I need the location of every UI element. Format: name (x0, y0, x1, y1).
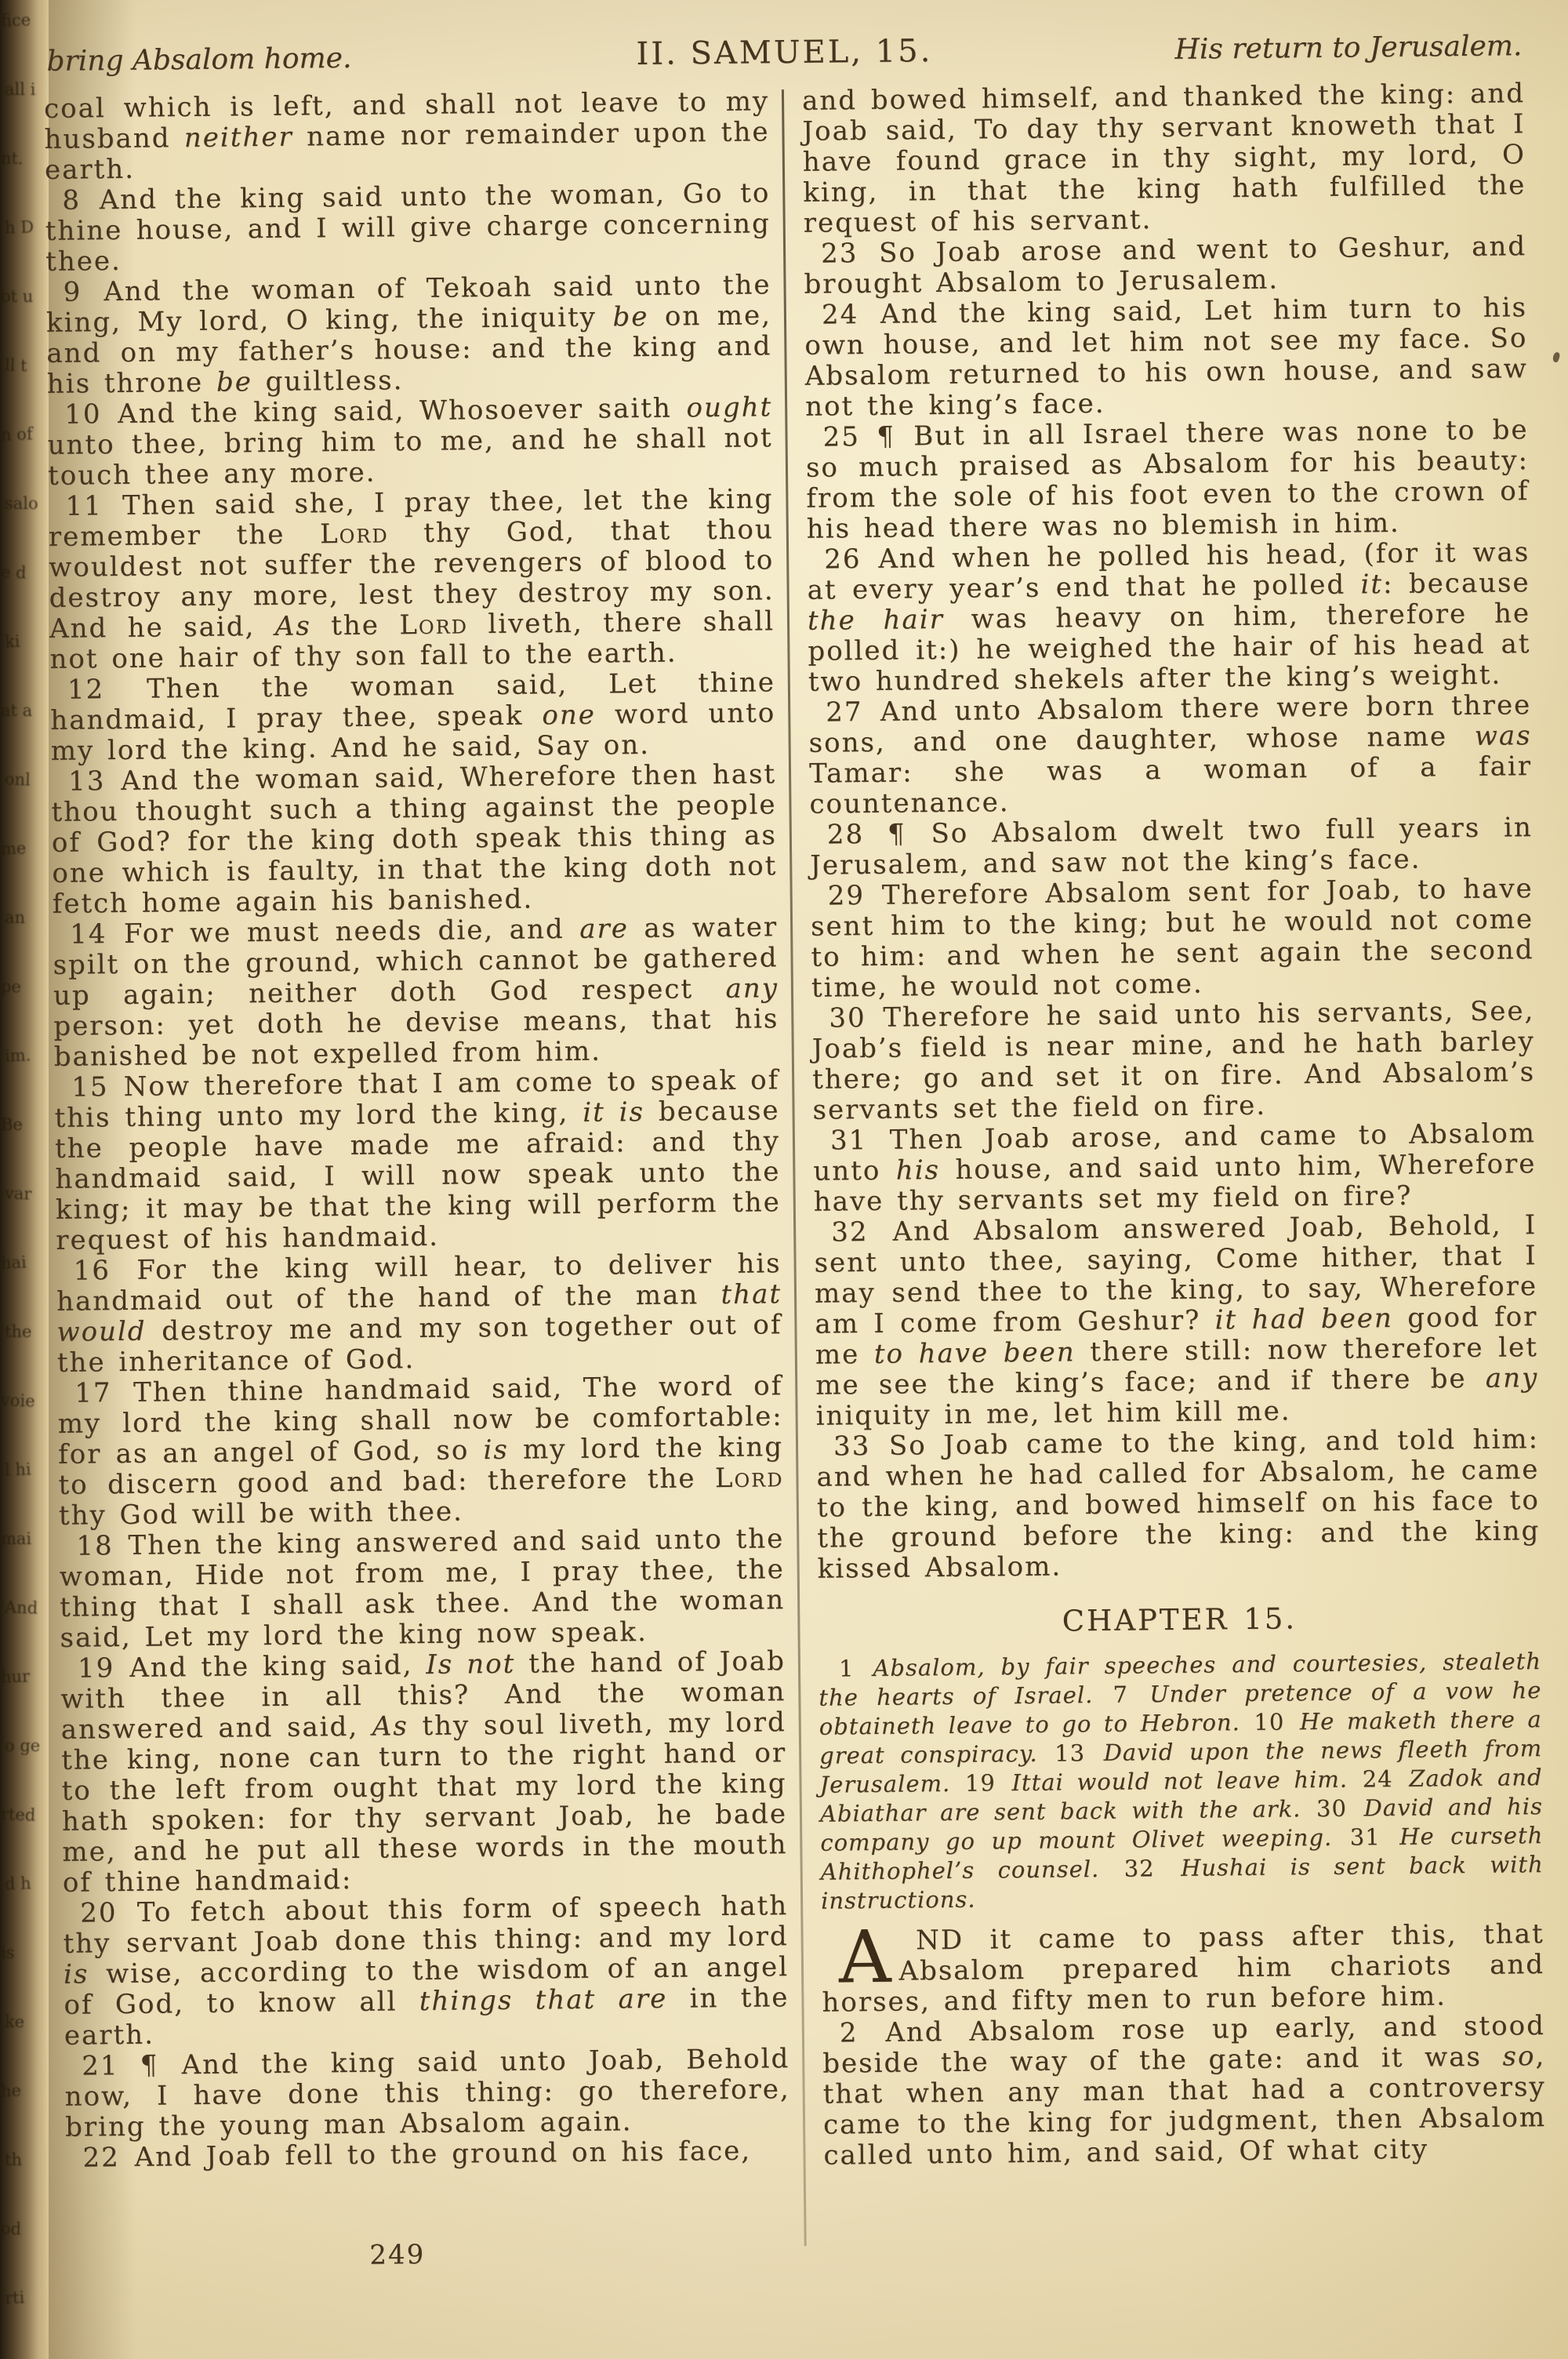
verse-number: 13 (68, 765, 122, 798)
verse-text: it had been (1214, 1303, 1393, 1336)
verse-number: 33 (833, 1430, 889, 1463)
text-columns: coal which is left, and shall not leave … (38, 78, 1552, 2259)
verse-number: 26 (824, 543, 879, 576)
verse-paragraph: 23 So Joab arose and went to Geshur, and… (804, 231, 1527, 300)
verse-number: 30 (829, 1002, 883, 1034)
verse-text: neither (184, 122, 293, 154)
small-caps-word: Lord (715, 1462, 784, 1494)
verse-text: it (1360, 569, 1383, 600)
verse-text: was (1475, 720, 1532, 752)
verse-paragraph: 12 Then the woman said, Let thine handma… (50, 667, 776, 767)
summary-verse-number: 10 (1252, 1708, 1300, 1736)
verse-paragraph: 2 And Absalom rose up early, and stood b… (822, 2011, 1547, 2172)
edge-text-fragment: voie (1, 1390, 35, 1411)
edge-text-fragment: Be (1, 1115, 23, 1134)
verse-text: But in all Israel there was none to be s… (806, 414, 1530, 545)
verse-number: 29 (827, 880, 882, 912)
header-left-caption: bring Absalom home. (46, 40, 539, 78)
verse-paragraph: 30 Therefore he said unto his servants, … (811, 996, 1536, 1126)
edge-text-fragment: rted (1, 1805, 36, 1825)
verse-paragraph: 8 And the king said unto the woman, Go t… (45, 178, 771, 278)
verse-paragraph: 28 ¶ So Absalom dwelt two full years in … (810, 812, 1534, 881)
page-content: bring Absalom home. II. SAMUEL, 15. His … (37, 27, 1551, 2259)
verse-text: Tamar: she was a woman of a fair counten… (809, 751, 1532, 820)
verse-text: ND it came to pass after this, that Absa… (822, 1918, 1544, 2019)
edge-text-fragment: hai (1, 1252, 27, 1272)
verse-number: 8 (62, 184, 100, 216)
verse-text: Therefore he said unto his servants, See… (812, 995, 1536, 1126)
verse-paragraph: and bowed himself, and thanked the king:… (802, 78, 1526, 239)
verse-text: And the king said, (129, 1649, 426, 1684)
verse-paragraph: 24 And the king said, Let him turn to hi… (804, 293, 1529, 423)
edge-text-fragment: rti (5, 2288, 25, 2308)
left-column: coal which is left, and shall not leave … (44, 86, 791, 2174)
header-book-title: II. SAMUEL, 15. (539, 32, 1031, 74)
verse-number: 16 (73, 1255, 136, 1287)
verse-text: unto thee, bring him to me, and he shall… (47, 422, 772, 492)
verse-text: one (542, 700, 596, 732)
running-header: bring Absalom home. II. SAMUEL, 15. His … (37, 27, 1528, 78)
verse-text: And Joab fell to the ground on his face, (134, 2135, 751, 2173)
right-column: and bowed himself, and thanked the king:… (802, 78, 1547, 2172)
edge-text-fragment: onl (5, 769, 31, 789)
verse-number: 18 (76, 1530, 129, 1562)
small-caps-word: Lord (399, 609, 468, 641)
verse-paragraph: 18 Then the king answered and said unto … (59, 1524, 786, 1654)
verse-paragraph: 21 ¶ And the king said unto Joab, Behold… (64, 2044, 790, 2143)
verse-paragraph: 14 For we must needs die, and are as wat… (53, 912, 779, 1073)
verse-number: 15 (71, 1071, 124, 1103)
verse-number: 24 (822, 299, 880, 331)
edge-text-fragment: salo (5, 494, 38, 513)
verse-text: guiltless. (252, 365, 404, 398)
verse-text: things that are (419, 1983, 668, 2017)
verse-paragraph: 13 And the woman said, Wherefore then ha… (51, 759, 778, 920)
summary-verse-number: 13 (1053, 1739, 1104, 1767)
verse-number: 12 (67, 674, 147, 706)
verse-paragraph: 26 And when he polled his head, (for it … (807, 537, 1531, 698)
edge-text-fragment: l hi (5, 1459, 31, 1479)
edge-text-fragment: h D (5, 217, 34, 237)
edge-text-fragment: n of (1, 424, 33, 444)
verse-text: And the woman said, Wherefore then hast … (51, 758, 777, 920)
chapter-heading: CHAPTER 15. (818, 1601, 1541, 1639)
verse-text: his (896, 1154, 941, 1187)
edge-text-fragment: th (5, 2150, 22, 2169)
verse-text: so (1502, 2041, 1535, 2072)
verse-paragraph: 22 And Joab fell to the ground on his fa… (65, 2135, 790, 2174)
edge-text-fragment: hur (1, 1667, 31, 1686)
verse-text: Is not (426, 1648, 515, 1681)
verse-paragraph: 31 Then Joab arose, and came to Absalom … (813, 1118, 1537, 1218)
verse-text: ought (686, 391, 772, 423)
summary-verse-number: 1 (837, 1655, 873, 1681)
verse-number: 11 (65, 490, 122, 522)
edge-text-fragment: And (5, 1598, 38, 1617)
edge-text-fragment: nt. (1, 149, 24, 169)
verse-text: As (275, 610, 311, 642)
verse-number: 9 (63, 276, 103, 308)
verse-number: 28 ¶ (827, 818, 931, 850)
verse-text: For the king will hear, to deliver his h… (56, 1248, 782, 1318)
edge-text-fragment: mai (1, 1529, 31, 1548)
verse-text: is (483, 1434, 509, 1466)
verse-paragraph: 29 Therefore Absalom sent for Joab, to h… (811, 874, 1535, 1004)
verse-number: 21 ¶ (82, 2049, 182, 2081)
verse-number: 27 (826, 696, 880, 729)
edge-text-fragment: at a (1, 701, 32, 720)
header-right-caption: His return to Jerusalem. (1030, 30, 1523, 67)
edge-text-fragment: fice (1, 10, 31, 30)
verse-number: 23 (821, 238, 879, 270)
edge-text-fragment: ki (5, 632, 20, 652)
summary-verse-number: 19 (964, 1769, 1012, 1797)
edge-text-fragment: im. (5, 1045, 31, 1065)
verse-paragraph: 15 Now therefore that I am come to speak… (54, 1065, 781, 1256)
edge-text-fragment: is (1, 1943, 15, 1962)
edge-text-fragment: the (5, 1322, 31, 1341)
verse-paragraph: 10 And the king said, Whosoever saith ou… (47, 392, 773, 492)
verse-text: and bowed himself, and thanked the king:… (802, 78, 1526, 239)
edge-text-fragment: ke (5, 2012, 25, 2032)
verse-text: To fetch about this form of speech hath … (63, 1890, 788, 1960)
verse-text: And unto Absalom there were born three s… (808, 689, 1531, 759)
verse-text: destroy me and my son together out of th… (57, 1309, 782, 1379)
edge-text-fragment: all i (5, 80, 35, 99)
summary-verse-number: 7 (1111, 1681, 1149, 1708)
verse-paragraph: 20 To fetch about this form of speech ha… (63, 1891, 789, 2052)
paper-fleck (1552, 351, 1561, 363)
edge-text-fragment: me (1, 838, 27, 858)
verse-text: And the king said, Let him turn to his o… (804, 292, 1528, 423)
verse-number: 31 (830, 1125, 890, 1157)
verse-paragraph: 27 And unto Absalom there were born thre… (808, 690, 1533, 820)
summary-verse-number: 31 (1348, 1823, 1400, 1851)
verse-text: And the king said unto the woman, Go to … (45, 177, 771, 278)
verse-paragraph: 9 And the woman of Tekoah said unto the … (45, 270, 772, 400)
verse-paragraph: AND it came to pass after this, that Abs… (821, 1919, 1544, 2019)
verse-text: to have been (874, 1336, 1076, 1370)
verse-text: Therefore Absalom sent for Joab, to have… (811, 873, 1534, 1004)
edge-text-fragment: e d (1, 562, 27, 582)
verse-text: So Joab came to the king, and told him: … (816, 1423, 1540, 1585)
edge-text-fragment: ll t (5, 356, 27, 376)
page-number: 249 (76, 2236, 719, 2274)
verse-paragraph: 32 And Absalom answered Joab, Behold, I … (814, 1210, 1539, 1432)
verse-text: is (64, 1958, 89, 1990)
drop-cap: A (821, 1926, 898, 1986)
summary-verse-number: 32 (1123, 1855, 1181, 1882)
verse-paragraph: 16 For the king will hear, to deliver hi… (56, 1249, 782, 1379)
verse-number: 20 (80, 1897, 137, 1929)
chapter-15-verses: AND it came to pass after this, that Abs… (821, 1919, 1546, 2172)
verse-text: the hair (808, 604, 944, 637)
verse-text: any (1486, 1362, 1539, 1394)
verse-text: : because (1383, 567, 1530, 600)
verse-text: As (372, 1710, 408, 1742)
verse-number: 17 (74, 1377, 133, 1409)
edge-text-fragment: var (5, 1183, 32, 1203)
verse-paragraph: coal which is left, and shall not leave … (44, 86, 770, 186)
verse-text: any (725, 972, 779, 1005)
edge-text-fragment: od (1, 2219, 22, 2239)
verse-text: And Absalom rose up early, and stood bes… (822, 2010, 1545, 2080)
verse-text: Then the king answered and said unto the… (60, 1523, 786, 1654)
verse-number: 2 (840, 2017, 886, 2049)
verse-text: the (311, 609, 400, 642)
summary-text: Ittai would not leave him. (1011, 1765, 1361, 1796)
edge-text-fragment: he (1, 2081, 22, 2101)
book-page: ficeall int.h Dot ull tn ofsaloe dkiat a… (0, 0, 1568, 2359)
verse-number: 22 (82, 2142, 134, 2174)
edge-text-fragment: o ge (5, 1736, 40, 1755)
verse-paragraph: 11 Then said she, I pray thee, let the k… (48, 484, 775, 675)
right-column-verses: and bowed himself, and thanked the king:… (802, 78, 1541, 1585)
summary-verse-number: 24 (1361, 1765, 1410, 1793)
verse-text: thy God will be with thee. (59, 1496, 463, 1531)
verse-paragraph: 19 And the king said, Is not the hand of… (60, 1646, 788, 1899)
verse-text: are (579, 913, 629, 945)
chapter-summary: 1 Absalom, by fair speeches and courtesi… (818, 1647, 1544, 1916)
verse-text: person: yet doth he devise means, that h… (53, 1003, 779, 1073)
verse-paragraph: 17 Then thine handmaid said, The word of… (57, 1371, 784, 1532)
verse-text: So Joab arose and went to Geshur, and br… (804, 231, 1526, 300)
verse-text: it is (583, 1096, 644, 1129)
small-caps-word: Lord (320, 518, 389, 550)
verse-number: 19 (78, 1652, 130, 1685)
verse-number: 25 ¶ (822, 420, 913, 453)
verse-text: be (612, 301, 648, 333)
verse-text: be (216, 366, 252, 398)
verse-paragraph: 25 ¶ But in all Israel there was none to… (805, 415, 1530, 545)
verse-paragraph: 33 So Joab came to the king, and told hi… (816, 1424, 1541, 1585)
edge-text-fragment: d h (5, 1874, 31, 1893)
edge-text-fragment: ot u (1, 287, 33, 306)
summary-verse-number: 30 (1315, 1794, 1364, 1822)
edge-text-fragment: an (5, 908, 25, 927)
verse-number: 14 (70, 918, 124, 951)
verse-number: 10 (64, 398, 118, 431)
edge-text-fragment: pe (1, 977, 22, 997)
verse-number: 32 (831, 1216, 893, 1249)
